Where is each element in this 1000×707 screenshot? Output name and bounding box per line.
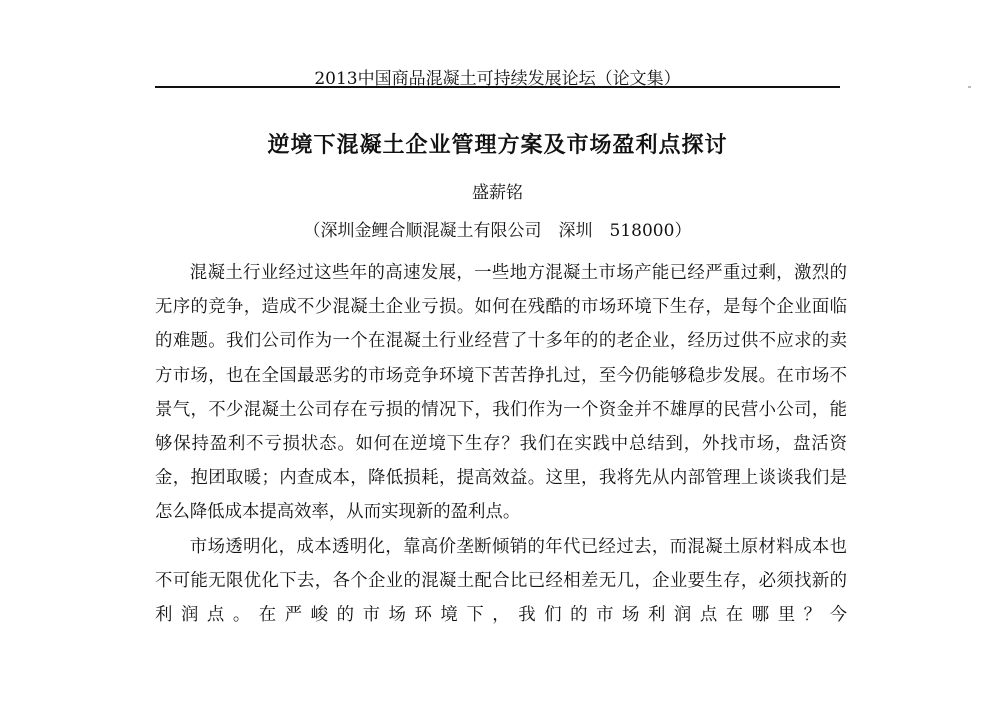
body-text: 混凝土行业经过这些年的高速发展，一些地方混凝土市场产能已经严重过剩，激烈的无序的… — [155, 256, 847, 632]
page-mark — [968, 86, 971, 88]
author-name: 盛薪铭 — [155, 178, 840, 203]
author-affiliation: （深圳金鲤合顺混凝土有限公司 深圳 518000） — [155, 216, 840, 241]
paper-title: 逆境下混凝土企业管理方案及市场盈利点探讨 — [155, 128, 840, 159]
paragraph-1: 混凝土行业经过这些年的高速发展，一些地方混凝土市场产能已经严重过剩，激烈的无序的… — [155, 256, 847, 530]
paragraph-2: 市场透明化，成本透明化，靠高价垄断倾销的年代已经过去，而混凝土原材料成本也不可能… — [155, 530, 847, 633]
header-rule — [155, 86, 840, 88]
